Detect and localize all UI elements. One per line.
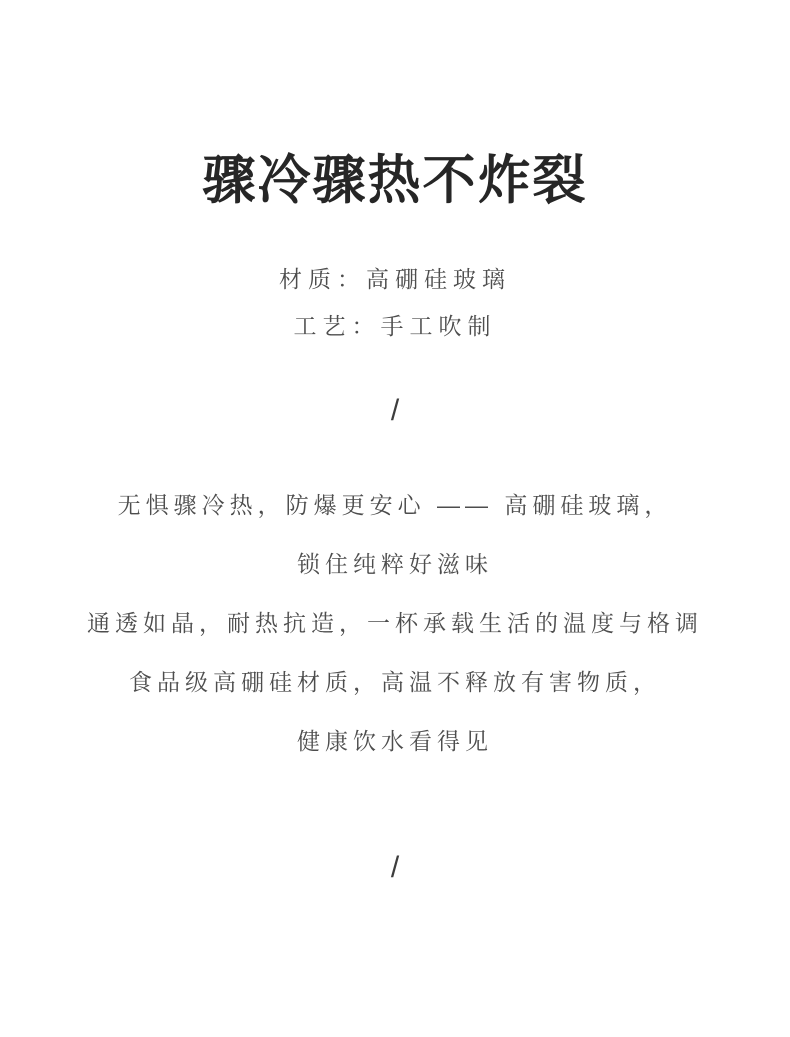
body-line-5: 健康饮水看得见 [87,712,703,771]
body-line-2: 锁住纯粹好滋味 [87,535,703,594]
spec-list: 材质：高硼硅玻璃 工艺：手工吹制 [279,256,511,350]
body-line-4: 食品级高硼硅材质，高温不释放有害物质， [87,653,703,712]
page-title: 骤冷骤热不炸裂 [203,148,588,214]
spec-material: 材质：高硼硅玻璃 [279,256,511,303]
body-line-1: 无惧骤冷热，防爆更安心 —— 高硼硅玻璃， [87,476,703,535]
body-line-3: 通透如晶，耐热抗造，一杯承载生活的温度与格调 [87,594,703,653]
spec-craft: 工艺：手工吹制 [279,303,511,350]
slash-divider-top: / [391,396,399,426]
slash-divider-bottom: / [391,853,399,883]
body-copy: 无惧骤冷热，防爆更安心 —— 高硼硅玻璃， 锁住纯粹好滋味 通透如晶，耐热抗造，… [87,476,703,771]
product-description-page: 骤冷骤热不炸裂 材质：高硼硅玻璃 工艺：手工吹制 / 无惧骤冷热，防爆更安心 —… [0,0,790,1037]
